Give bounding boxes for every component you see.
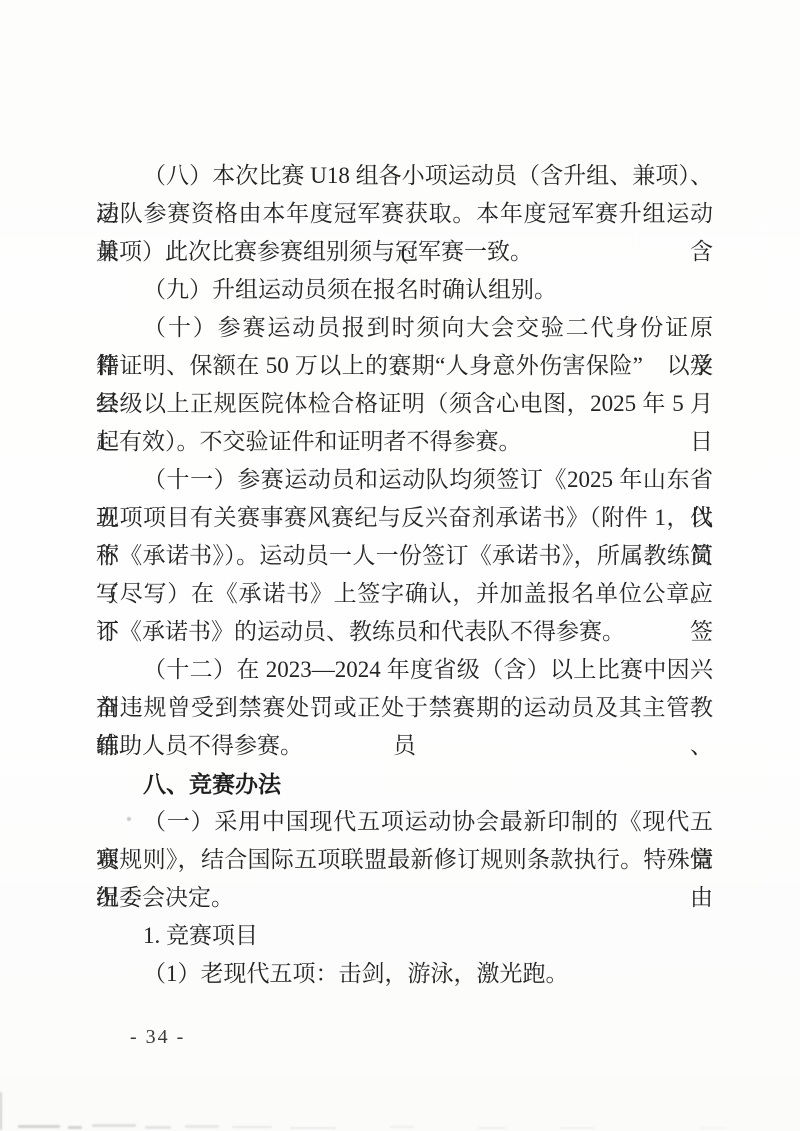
text-line: 动队参赛资格由本年度冠军赛获取。本年度冠军赛升组运动员(含 (96, 195, 713, 233)
text-line: （九）升组运动员须在报名时确认组别。 (96, 271, 713, 309)
scan-artifact (145, 1126, 171, 1129)
scan-artifact (92, 1124, 136, 1127)
text-line: 五项项目有关赛事赛风赛纪与反兴奋剂承诺书》（附件 1，以下简 (96, 499, 713, 537)
scan-artifact (0, 1092, 2, 1130)
section-heading: 八、竞赛办法 (96, 765, 713, 803)
scan-artifact (700, 1127, 726, 1129)
text-line: （一）采用中国现代五项运动协会最新印制的《现代五项竞 (96, 803, 713, 841)
scan-artifact (290, 1127, 336, 1129)
text-line: 籍证明、保额在 50 万以上的赛期“人身意外伤害保险” 以及经 (96, 347, 713, 385)
text-line: （1）老现代五项：击剑，游泳，激光跑。 (96, 955, 713, 993)
scan-artifact (560, 1127, 594, 1129)
text-line: 1. 竞赛项目 (96, 917, 713, 955)
text-line: 写尽写）在《承诺书》上签字确认，并加盖报名单位公章。不签 (96, 575, 713, 613)
scan-artifact (68, 1126, 82, 1129)
text-line: （十）参赛运动员报到时须向大会交验二代身份证原件、学 (96, 309, 713, 347)
scan-artifact (478, 1127, 506, 1129)
text-line: （十一）参赛运动员和运动队均须签订《2025 年山东省现代 (96, 461, 713, 499)
document-body: （八）本次比赛 U18 组各小项运动员（含升组、兼项）、运 动队参赛资格由本年度… (96, 157, 713, 993)
scan-artifact (390, 1126, 414, 1128)
text-line: 称《承诺书》）。运动员一人一份签订《承诺书》，所属教练员（应 (96, 537, 713, 575)
document-page: （八）本次比赛 U18 组各小项运动员（含升组、兼项）、运 动队参赛资格由本年度… (0, 0, 800, 1131)
text-line: 订《承诺书》的运动员、教练员和代表队不得参赛。 (96, 613, 713, 651)
page-number: - 34 - (130, 1026, 185, 1049)
text-line: 县级以上正规医院体检合格证明（须含心电图，2025 年 5 月 1 日 (96, 385, 713, 423)
text-line: （十二）在 2023—2024 年度省级（含）以上比赛中因兴奋 (96, 651, 713, 689)
scan-artifact (185, 1125, 219, 1128)
text-line: 剂违规曾受到禁赛处罚或正处于禁赛期的运动员及其主管教练员、 (96, 689, 713, 727)
scan-artifact (18, 1125, 60, 1128)
text-line: （八）本次比赛 U18 组各小项运动员（含升组、兼项）、运 (96, 157, 713, 195)
text-line: 赛规则》，结合国际五项联盟最新修订规则条款执行。特殊情况由 (96, 841, 713, 879)
scan-artifact (232, 1126, 272, 1128)
scan-speckle (127, 817, 131, 821)
